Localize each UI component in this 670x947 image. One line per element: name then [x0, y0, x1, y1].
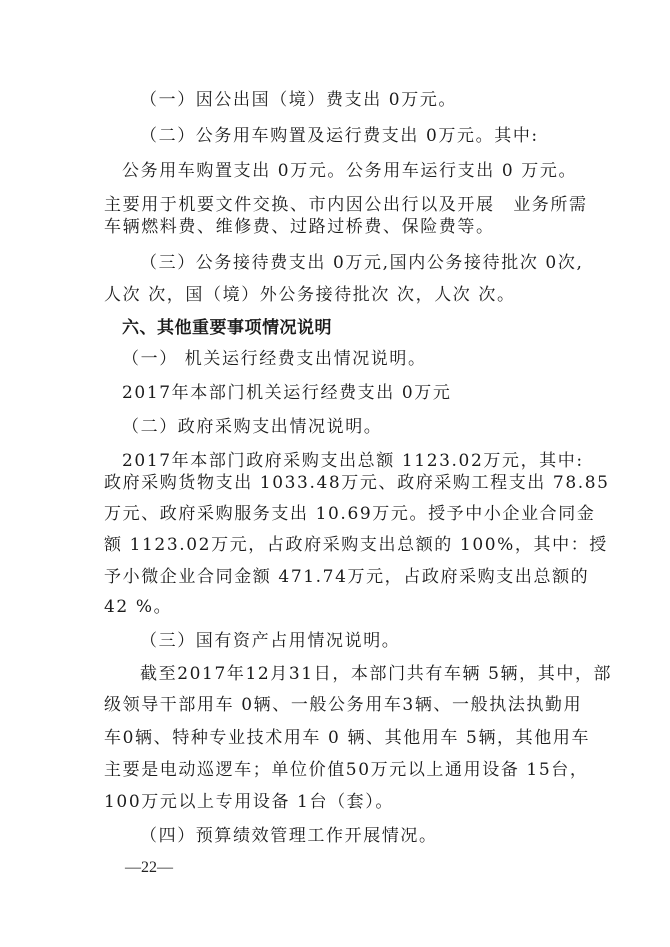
paragraph-line: 公务用车购置支出 0万元。公务用车运行支出 0 万元。 — [122, 160, 592, 182]
subsection-heading: （四）预算绩效管理工作开展情况。 — [140, 825, 610, 847]
paragraph-line: 2017年本部门政府采购支出总额 1123.02万元，其中: — [122, 450, 592, 472]
paragraph-line: 政府采购货物支出 1033.48万元、政府采购工程支出 78.85 — [104, 472, 574, 494]
section-heading: 六、其他重要事项情况说明 — [122, 317, 592, 339]
paragraph-line: 主要是电动巡逻车；单位价值50万元以上通用设备 15台， — [104, 759, 574, 781]
paragraph-line: （三）公务接待费支出 0万元,国内公务接待批次 0次, — [140, 252, 610, 274]
paragraph-line: 截至2017年12月31日，本部门共有车辆 5辆，其中，部 — [140, 663, 610, 685]
paragraph-line: 人次 次，国（境）外公务接待批次 次，人次 次。 — [104, 284, 574, 306]
paragraph-line: 2017年本部门机关运行经费支出 0万元 — [122, 382, 592, 404]
paragraph-line: 100万元以上专用设备 1台（套）。 — [104, 791, 574, 813]
paragraph-line: 车辆燃料费、维修费、过路过桥费、保险费等。 — [104, 216, 574, 238]
paragraph-line: 42 %。 — [104, 596, 574, 618]
paragraph-line: （一）因公出国（境）费支出 0万元。 — [140, 89, 610, 111]
paragraph-line: 予小微企业合同金额 471.74万元，占政府采购支出总额的 — [104, 566, 574, 588]
paragraph-line: 万元、政府采购服务支出 10.69万元。授予中小企业合同金 — [104, 503, 574, 525]
page-number: —22— — [125, 858, 173, 878]
subsection-heading: （一） 机关运行经费支出情况说明。 — [122, 348, 592, 370]
paragraph-line: 额 1123.02万元，占政府采购支出总额的 100%，其中：授 — [104, 534, 574, 556]
paragraph-line: 主要用于机要文件交换、市内因公出行以及开展 业务所需 — [104, 194, 574, 216]
subsection-heading: （二）政府采购支出情况说明。 — [122, 416, 592, 438]
paragraph-line: （二）公务用车购置及运行费支出 0万元。其中: — [140, 125, 610, 147]
paragraph-line: 级领导干部用车 0辆、一般公务用车3辆、一般执法执勤用 — [104, 694, 574, 716]
subsection-heading: （三）国有资产占用情况说明。 — [140, 630, 610, 652]
document-page: （一）因公出国（境）费支出 0万元。 （二）公务用车购置及运行费支出 0万元。其… — [0, 0, 670, 947]
paragraph-line: 车0辆、特种专业技术用车 0 辆、其他用车 5辆，其他用车 — [104, 727, 574, 749]
